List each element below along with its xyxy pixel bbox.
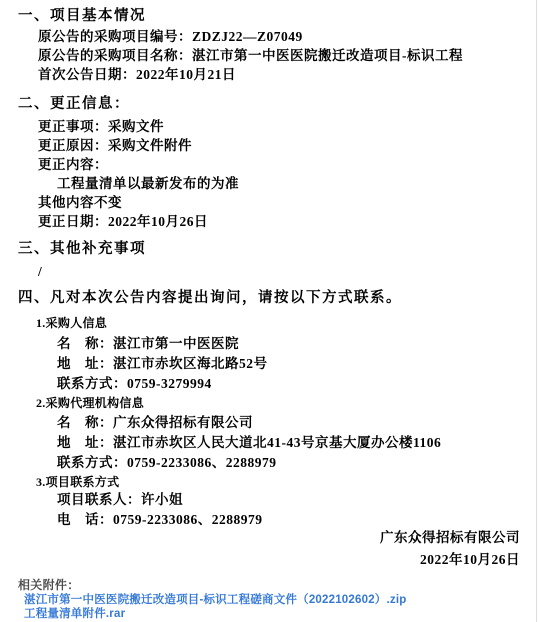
purchaser-address: 地 址：湛江市赤坎区海北路52号 xyxy=(57,354,268,374)
agency-info-body: 名 称：广东众得招标有限公司 地 址：湛江市赤坎区人民大道北41-43号京基大厦… xyxy=(57,413,441,473)
original-project-name: 原公告的采购项目名称：湛江市第一中医医院搬迁改造项目-标识工程 xyxy=(38,46,463,65)
attachment-link-rar[interactable]: 工程量清单附件.rar xyxy=(24,607,406,621)
announcement-page: 一、项目基本情况 原公告的采购项目编号：ZDZJ22—Z07049 原公告的采购… xyxy=(0,0,539,622)
correction-date: 更正日期：2022年10月26日 xyxy=(38,212,239,231)
agency-info-title: 2.采购代理机构信息 xyxy=(36,396,144,411)
agency-contact: 联系方式：0759-2233086、2288979 xyxy=(57,453,441,473)
purchaser-name: 名 称：湛江市第一中医医院 xyxy=(57,334,268,354)
project-contact-person: 项目联系人：许小姐 xyxy=(57,490,263,510)
section1-body: 原公告的采购项目编号：ZDZJ22—Z07049 原公告的采购项目名称：湛江市第… xyxy=(38,27,463,84)
section4-heading: 四、凡对本次公告内容提出询问，请按以下方式联系。 xyxy=(18,290,402,306)
project-contact-body: 项目联系人：许小姐 电 话：0759-2233086、2288979 xyxy=(57,490,263,530)
purchaser-info-body: 名 称：湛江市第一中医医院 地 址：湛江市赤坎区海北路52号 联系方式：0759… xyxy=(57,334,268,394)
project-contact-phone: 电 话：0759-2233086、2288979 xyxy=(57,510,263,530)
first-announcement-date: 首次公告日期：2022年10月21日 xyxy=(38,65,463,84)
purchaser-contact: 联系方式：0759-3279994 xyxy=(57,374,268,394)
section2-body: 更正事项：采购文件 更正原因：采购文件附件 更正内容： 工程量清单以最新发布的为… xyxy=(38,117,239,231)
agency-address: 地 址：湛江市赤坎区人民大道北41-43号京基大厦办公楼1106 xyxy=(57,433,441,453)
correction-content-detail: 工程量清单以最新发布的为准 xyxy=(38,174,239,193)
other-content-unchanged: 其他内容不变 xyxy=(38,193,239,212)
agency-name: 名 称：广东众得招标有限公司 xyxy=(57,413,441,433)
related-attachments-label: 相关附件： xyxy=(18,576,80,593)
page-right-border xyxy=(536,0,537,622)
purchaser-info-title: 1.采购人信息 xyxy=(36,316,107,331)
section3-content: / xyxy=(38,262,42,281)
signature-date: 2022年10月26日 xyxy=(420,548,520,568)
section2-heading: 二、更正信息： xyxy=(18,96,130,112)
project-contact-title: 3.项目联系方式 xyxy=(36,475,119,490)
original-project-number: 原公告的采购项目编号：ZDZJ22—Z07049 xyxy=(38,27,463,46)
correction-reason: 更正原因：采购文件附件 xyxy=(38,136,239,155)
section3-heading: 三、其他补充事项 xyxy=(18,241,146,257)
attachment-link-zip[interactable]: 湛江市第一中医医院搬迁改造项目-标识工程磋商文件（2022102602）.zip xyxy=(24,593,406,607)
correction-content-label: 更正内容： xyxy=(38,155,239,174)
section1-heading: 一、项目基本情况 xyxy=(18,8,146,24)
attachment-list: 湛江市第一中医医院搬迁改造项目-标识工程磋商文件（2022102602）.zip… xyxy=(24,593,406,621)
correction-item: 更正事项：采购文件 xyxy=(38,117,239,136)
signature-company: 广东众得招标有限公司 xyxy=(380,526,520,546)
